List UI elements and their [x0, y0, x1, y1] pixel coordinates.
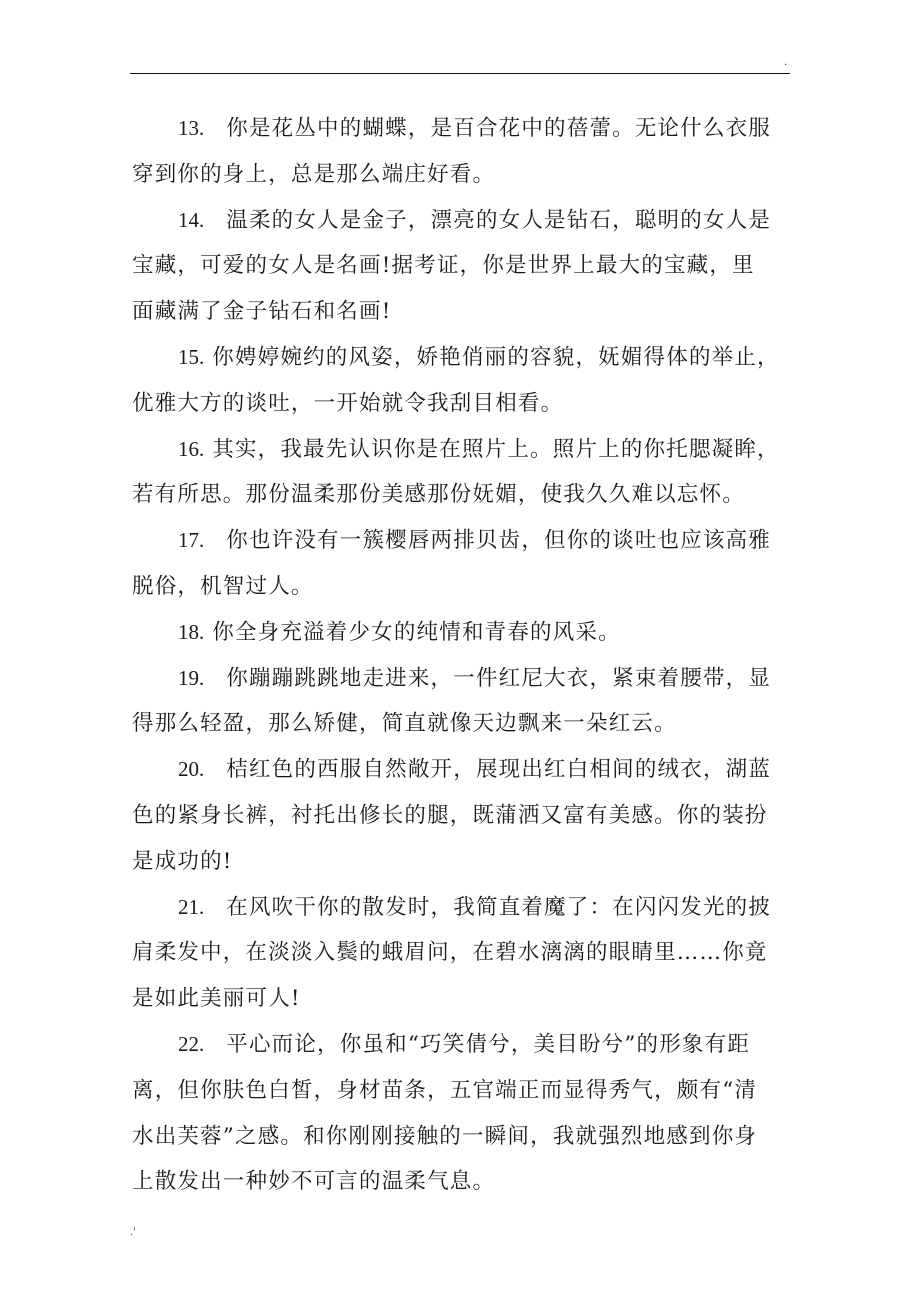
item-number: 19. [178, 656, 204, 702]
paragraph-text: 优雅大方的谈吐，一开始就令我刮目相看。 [132, 381, 792, 427]
item-number: 13. [178, 106, 204, 152]
item-number: 14. [178, 198, 204, 244]
paragraph-15: 15.你娉婷婉约的风姿，娇艳俏丽的容貌，妩媚得体的举止， 优雅大方的谈吐，一开始… [132, 335, 792, 427]
paragraph-text: 离，但你肤色白皙，身材苗条，五官端正而显得秀气，颇有“清 [132, 1068, 792, 1114]
item-number: 20. [178, 747, 204, 793]
paragraph-13: 13.你是花丛中的蝴蝶，是百合花中的蓓蕾。无论什么衣服 穿到你的身上，总是那么端… [132, 106, 792, 198]
paragraph-17: 17.你也许没有一簇樱唇两排贝齿，但你的谈吐也应该高雅 脱俗，机智过人。 [132, 518, 792, 610]
item-number: 15. [178, 335, 204, 381]
paragraph-18: 18.你全身充溢着少女的纯情和青春的风采。 [132, 610, 792, 656]
paragraph-text: 上散发出一种妙不可言的温柔气息。 [132, 1159, 792, 1205]
paragraph-16: 16.其实，我最先认识你是在照片上。照片上的你托腮凝眸， 若有所思。那份温柔那份… [132, 427, 792, 519]
paragraph-text: 是成功的! [132, 839, 792, 885]
paragraph-text: 宝藏，可爱的女人是名画!据考证，你是世界上最大的宝藏，里 [132, 243, 792, 289]
item-number: 22. [178, 1022, 204, 1068]
paragraph-text: 桔红色的西服自然敞开，展现出红白相间的绒衣，湖蓝 [226, 757, 771, 782]
paragraph-text: 脱俗，机智过人。 [132, 564, 792, 610]
paragraph-text: 面藏满了金子钻石和名画! [132, 289, 792, 335]
item-number: 21. [178, 885, 204, 931]
paragraph-19: 19.你蹦蹦跳跳地走进来，一件红尼大衣，紧束着腰带，显 得那么轻盈，那么矫健，简… [132, 656, 792, 748]
paragraph-text: 其实，我最先认识你是在照片上。照片上的你托腮凝眸， [212, 437, 780, 462]
paragraph-text: 你也许没有一簇樱唇两排贝齿，但你的谈吐也应该高雅 [226, 528, 771, 553]
item-number: 16. [178, 427, 204, 473]
paragraph-text: 你全身充溢着少女的纯情和青春的风采。 [212, 620, 621, 645]
header-rule [130, 73, 790, 74]
paragraph-text: 温柔的女人是金子，漂亮的女人是钻石，聪明的女人是 [226, 208, 771, 233]
paragraph-21: 21.在风吹干你的散发时，我简直着魔了：在闪闪发光的披 肩柔发中，在淡淡入鬓的蛾… [132, 885, 792, 1022]
paragraph-text: 你蹦蹦跳跳地走进来，一件红尼大衣，紧束着腰带，显 [226, 666, 771, 691]
paragraph-text: 在风吹干你的散发时，我简直着魔了：在闪闪发光的披 [226, 895, 771, 920]
paragraph-22: 22.平心而论，你虽和“巧笑倩兮，美目盼兮”的形象有距 离，但你肤色白皙，身材苗… [132, 1022, 792, 1205]
paragraph-14: 14.温柔的女人是金子，漂亮的女人是钻石，聪明的女人是 宝藏，可爱的女人是名画!… [132, 198, 792, 335]
paragraph-text: 穿到你的身上，总是那么端庄好看。 [132, 152, 792, 198]
paragraph-text: 肩柔发中，在淡淡入鬓的蛾眉问，在碧水漓漓的眼睛里……你竟 [132, 930, 792, 976]
paragraph-text: 水出芙蓉”之感。和你刚刚接触的一瞬间，我就强烈地感到你身 [132, 1114, 792, 1160]
paragraph-20: 20.桔红色的西服自然敞开，展现出红白相间的绒衣，湖蓝 色的紧身长裤，衬托出修长… [132, 747, 792, 884]
paragraph-text: 平心而论，你虽和“巧笑倩兮，美目盼兮”的形象有距 [226, 1032, 750, 1057]
paragraph-text: 得那么轻盈，那么矫健，简直就像天边飘来一朵红云。 [132, 701, 792, 747]
paragraph-text: 若有所思。那份温柔那份美感那份妩媚，使我久久难以忘怀。 [132, 472, 792, 518]
footer-corner-mark: .' [130, 1228, 136, 1238]
paragraph-text: 是如此美丽可人! [132, 976, 792, 1022]
header-corner-mark: . [784, 58, 787, 68]
document-body: 13.你是花丛中的蝴蝶，是百合花中的蓓蕾。无论什么衣服 穿到你的身上，总是那么端… [132, 106, 792, 1205]
item-number: 17. [178, 518, 204, 564]
item-number: 18. [178, 610, 204, 656]
paragraph-text: 你娉婷婉约的风姿，娇艳俏丽的容貌，妩媚得体的举止， [212, 345, 780, 370]
paragraph-text: 你是花丛中的蝴蝶，是百合花中的蓓蕾。无论什么衣服 [226, 116, 771, 141]
paragraph-text: 色的紧身长裤，衬托出修长的腿，既蒲洒又富有美感。你的装扮 [132, 793, 792, 839]
